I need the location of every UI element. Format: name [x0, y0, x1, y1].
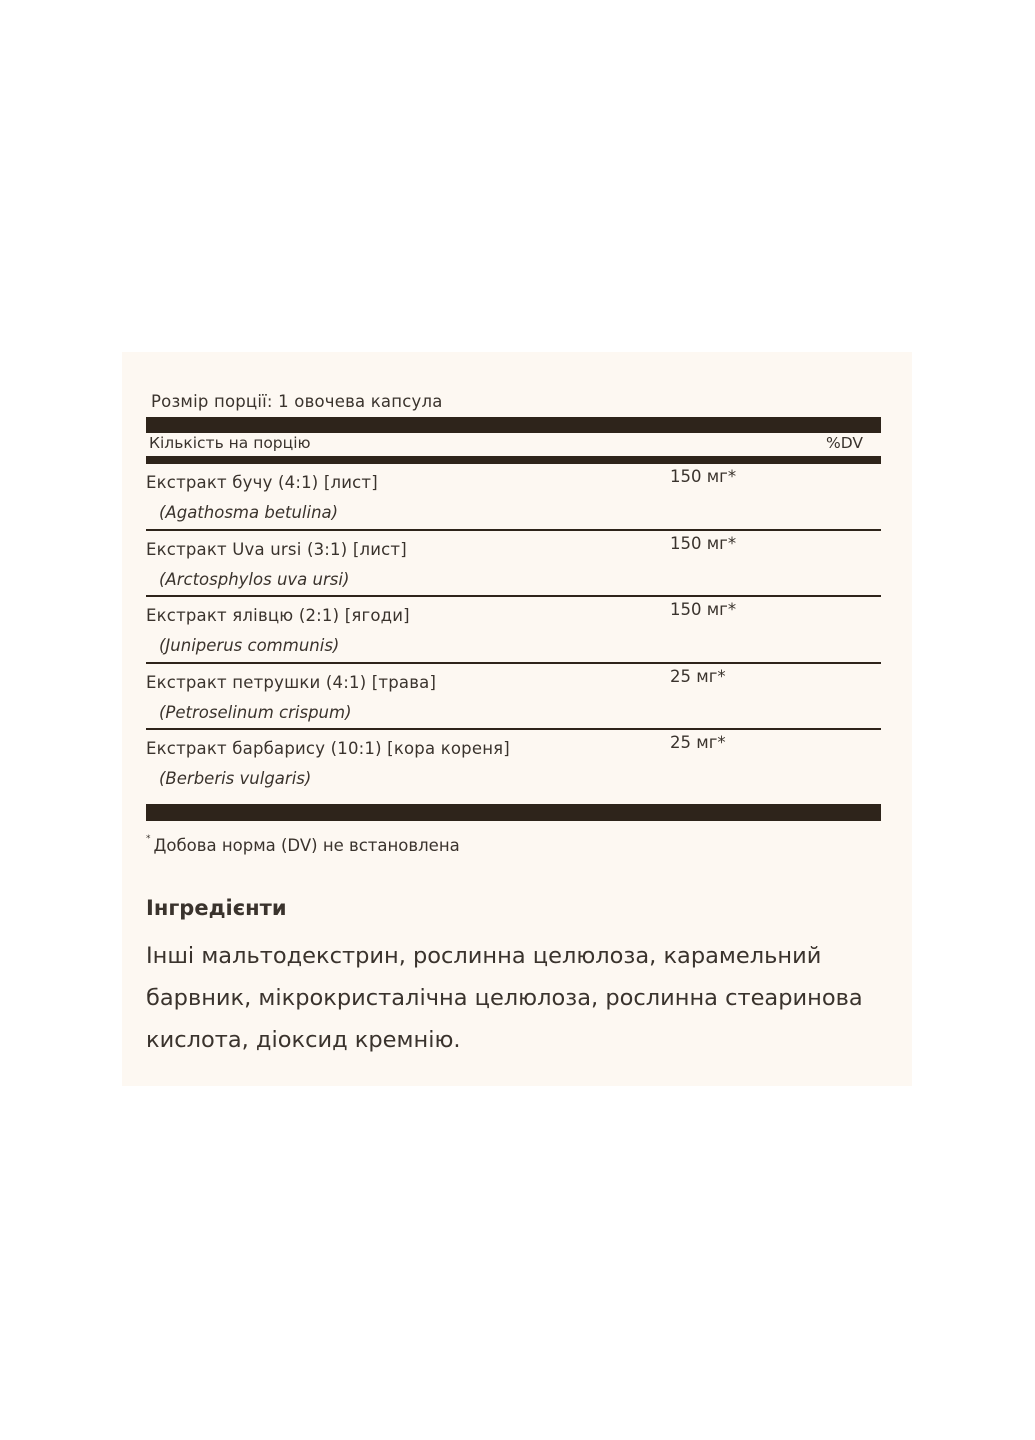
- serving-size: Розмір порції: 1 овочева капсула: [151, 392, 443, 411]
- ingredient-name: Екстракт ялівцю (2:1) [ягоди]: [146, 606, 410, 625]
- ingredient-amount: 150 мг*: [670, 467, 736, 486]
- table-row: Екстракт петрушки (4:1) [трава] (Petrose…: [146, 664, 881, 731]
- ingredient-amount: 150 мг*: [670, 600, 736, 619]
- table-row: Екстракт барбарису (10:1) [кора кореня] …: [146, 730, 881, 797]
- thick-divider-bottom: [146, 804, 881, 821]
- amount-per-serving-label: Кількість на порцію: [149, 434, 311, 452]
- dv-footnote: *Добова норма (DV) не встановлена: [146, 836, 460, 855]
- thick-divider-middle: [146, 456, 881, 464]
- amount-header: Кількість на порцію %DV: [146, 433, 881, 457]
- table-row: Екстракт бучу (4:1) [лист] (Agathosma be…: [146, 464, 881, 531]
- ingredient-name: Екстракт бучу (4:1) [лист]: [146, 473, 378, 492]
- ingredient-latin-name: (Berberis vulgaris): [159, 769, 311, 788]
- footnote-marker: *: [146, 834, 151, 844]
- ingredient-latin-name: (Petroselinum crispum): [159, 703, 352, 722]
- ingredients-title: Інгредієнти: [146, 896, 287, 920]
- table-row: Екстракт Uva ursi (3:1) [лист] (Arctosph…: [146, 531, 881, 598]
- ingredient-latin-name: (Juniperus communis): [159, 636, 339, 655]
- footnote-text: Добова норма (DV) не встановлена: [154, 836, 460, 855]
- ingredient-latin-name: (Arctosphylos uva ursi): [159, 570, 349, 589]
- table-row: Екстракт ялівцю (2:1) [ягоди] (Juniperus…: [146, 597, 881, 664]
- ingredient-name: Екстракт барбарису (10:1) [кора кореня]: [146, 739, 510, 758]
- ingredient-name: Екстракт Uva ursi (3:1) [лист]: [146, 540, 407, 559]
- ingredient-name: Екстракт петрушки (4:1) [трава]: [146, 673, 436, 692]
- supplement-panel: Розмір порції: 1 овочева капсула Кількіс…: [122, 352, 912, 1086]
- ingredient-amount: 150 мг*: [670, 534, 736, 553]
- ingredients-text: Інші мальтодекстрин, рослинна целюлоза, …: [146, 935, 906, 1061]
- dv-label: %DV: [826, 434, 863, 452]
- ingredient-amount: 25 мг*: [670, 733, 726, 752]
- ingredient-amount: 25 мг*: [670, 667, 726, 686]
- thick-divider-top: [146, 417, 881, 433]
- ingredient-latin-name: (Agathosma betulina): [159, 503, 338, 522]
- nutrient-rows: Екстракт бучу (4:1) [лист] (Agathosma be…: [146, 464, 881, 797]
